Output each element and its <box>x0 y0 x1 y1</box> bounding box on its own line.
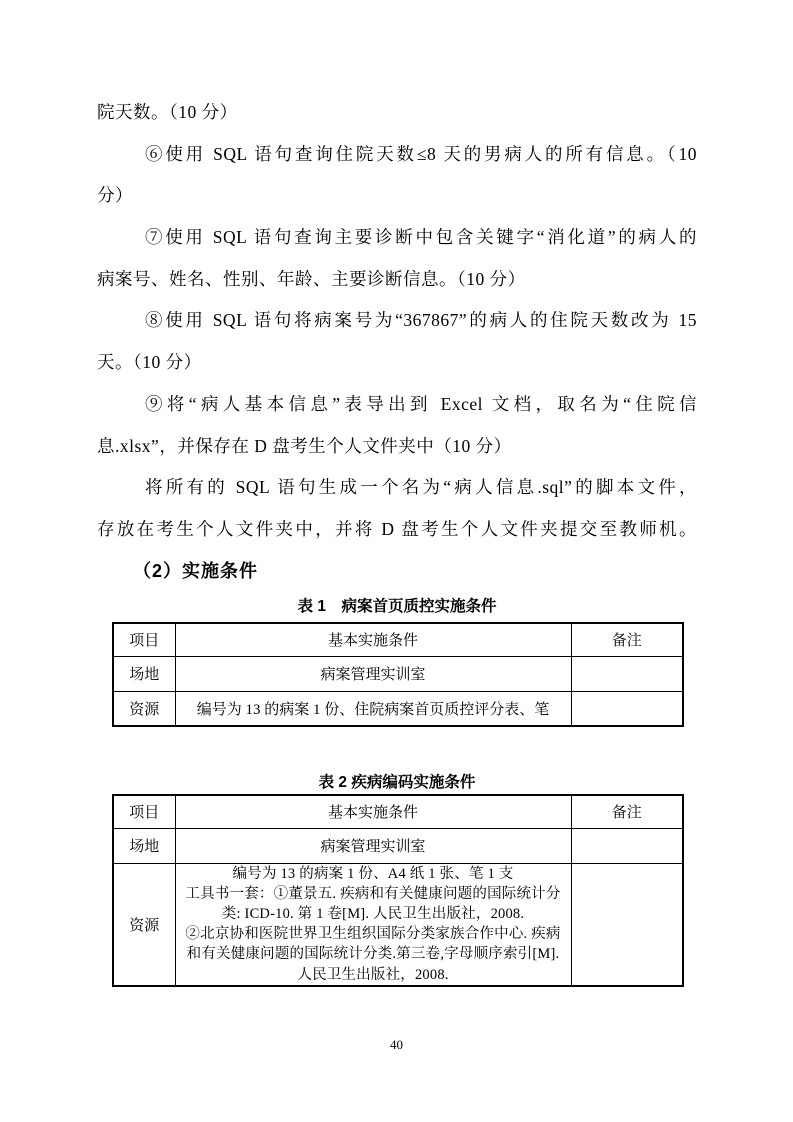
body-line: ⑥使用 SQL 语句查询住院天数≤8 天的男病人的所有信息。（10 <box>97 134 697 176</box>
document-page: 院天数。（10 分） ⑥使用 SQL 语句查询住院天数≤8 天的男病人的所有信息… <box>0 0 793 1122</box>
table2-row-label: 资源 <box>113 863 175 986</box>
table1: 项目 基本实施条件 备注 场地 病案管理实训室 资源 编号为 13 的病案 1 … <box>112 622 684 727</box>
table-row: 场地 病案管理实训室 <box>113 656 683 691</box>
body-line: ⑧使用 SQL 语句将病案号为“367867”的病人的住院天数改为 15 <box>97 300 697 342</box>
table2-row-note <box>571 828 683 863</box>
body-line: 院天数。（10 分） <box>97 92 697 134</box>
body-line: ⑨将“病人基本信息”表导出到 Excel 文档，取名为“住院信 <box>97 384 697 426</box>
table1-header-row: 项目 基本实施条件 备注 <box>113 623 683 656</box>
table-row: 资源 编号为 13 的病案 1 份、A4 纸 1 张、笔 1 支 工具书一套：①… <box>113 863 683 986</box>
table2-header-row: 项目 基本实施条件 备注 <box>113 795 683 828</box>
table2-header-item: 备注 <box>571 795 683 828</box>
table-row: 资源 编号为 13 的病案 1 份、住院病案首页质控评分表、笔 <box>113 691 683 726</box>
body-line: 分） <box>97 175 697 217</box>
section-heading: （2）实施条件 <box>97 551 697 593</box>
body-line: 息.xlsx”，并保存在 D 盘考生个人文件夹中（10 分） <box>97 426 697 468</box>
table2-row-label: 场地 <box>113 828 175 863</box>
table2-row-content: 编号为 13 的病案 1 份、A4 纸 1 张、笔 1 支 工具书一套：①董景五… <box>175 863 571 986</box>
table1-row-label: 场地 <box>113 656 175 691</box>
table2-row-note <box>571 863 683 986</box>
table1-row-label: 资源 <box>113 691 175 726</box>
body-line: 将所有的 SQL 语句生成一个名为“病人信息.sql”的脚本文件， <box>97 467 697 509</box>
body-line: 病案号、姓名、性别、年龄、主要诊断信息。（10 分） <box>97 259 697 301</box>
body-text: 院天数。（10 分） ⑥使用 SQL 语句查询住院天数≤8 天的男病人的所有信息… <box>97 92 697 592</box>
table1-title: 表 1 病案首页质控实施条件 <box>112 596 682 618</box>
table2-header-item: 基本实施条件 <box>175 795 571 828</box>
table1-row-content: 病案管理实训室 <box>175 656 571 691</box>
table1-header-item: 备注 <box>571 623 683 656</box>
page-number: 40 <box>0 1036 793 1054</box>
table1-row-note <box>571 656 683 691</box>
body-line: 天。（10 分） <box>97 342 697 384</box>
table2: 项目 基本实施条件 备注 场地 病案管理实训室 资源 编号为 13 的病案 1 … <box>112 794 684 987</box>
body-line: ⑦使用 SQL 语句查询主要诊断中包含关键字“消化道”的病人的 <box>97 217 697 259</box>
table1-row-content: 编号为 13 的病案 1 份、住院病案首页质控评分表、笔 <box>175 691 571 726</box>
table-row: 场地 病案管理实训室 <box>113 828 683 863</box>
table2-row-content: 病案管理实训室 <box>175 828 571 863</box>
table1-header-item: 基本实施条件 <box>175 623 571 656</box>
table2-header-item: 项目 <box>113 795 175 828</box>
table2-title: 表 2 疾病编码实施条件 <box>112 772 682 794</box>
table1-row-note <box>571 691 683 726</box>
body-line: 存放在考生个人文件夹中，并将 D 盘考生个人文件夹提交至教师机。 <box>97 509 697 551</box>
table1-header-item: 项目 <box>113 623 175 656</box>
